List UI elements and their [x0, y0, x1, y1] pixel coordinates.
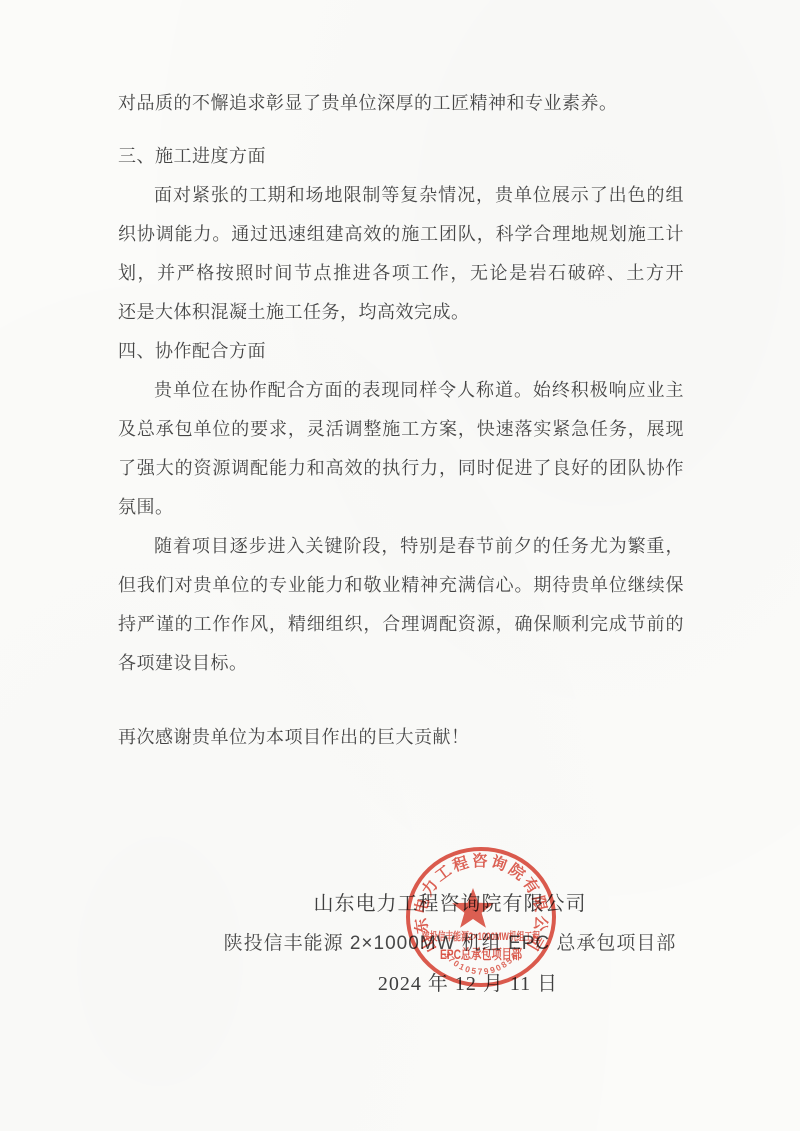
body-text-line: 还是大体积混凝土施工任务，均高效完成。 [118, 293, 684, 332]
official-stamp: 山东电力工程咨询院有限公司 陕投信丰能源2×1000MW机组工程 EPC总承包项… [401, 842, 561, 992]
body-text-line: 对品质的不懈追求彰显了贵单位深厚的工匠精神和专业素养。 [118, 84, 684, 123]
body-text-line: 随着项目逐步进入关键阶段，特别是春节前夕的任务尤为繁重， [118, 527, 684, 566]
stamp-star-icon [452, 888, 494, 928]
body-text-line: 及总承包单位的要求，灵活调整施工方案，快速落实紧急任务，展现 [118, 410, 684, 449]
section-heading-4: 四、协作配合方面 [118, 332, 684, 371]
body-text-line: 面对紧张的工期和场地限制等复杂情况，贵单位展示了出色的组 [118, 176, 684, 215]
body-text-line: 氛围。 [118, 488, 684, 527]
section-heading-3: 三、施工进度方面 [118, 137, 684, 176]
body-text-line: 但我们对贵单位的专业能力和敬业精神充满信心。期待贵单位继续保 [118, 566, 684, 605]
scanned-letter-page: 对品质的不懈追求彰显了贵单位深厚的工匠精神和专业素养。 三、施工进度方面 面对紧… [0, 0, 800, 1131]
body-text-line: 持严谨的工作作风，精细组织，合理调配资源，确保顺利完成节前的 [118, 605, 684, 644]
body-text-line: 划，并严格按照时间节点推进各项工作，无论是岩石破碎、土方开挖， [118, 254, 684, 293]
thanks-line: 再次感谢贵单位为本项目作出的巨大贡献！ [118, 718, 684, 757]
body-text-line: 了强大的资源调配能力和高效的执行力，同时促进了良好的团队协作 [118, 449, 684, 488]
body-text-line: 织协调能力。通过迅速组建高效的施工团队，科学合理地规划施工计 [118, 215, 684, 254]
body-text-line: 贵单位在协作配合方面的表现同样令人称道。始终积极响应业主 [118, 371, 684, 410]
body-text-line: 各项建设目标。 [118, 644, 684, 683]
stamp-inner-line1: 陕投信丰能源2×1000MW机组工程 [422, 929, 540, 943]
letter-body: 对品质的不懈追求彰显了贵单位深厚的工匠精神和专业素养。 三、施工进度方面 面对紧… [118, 84, 684, 757]
